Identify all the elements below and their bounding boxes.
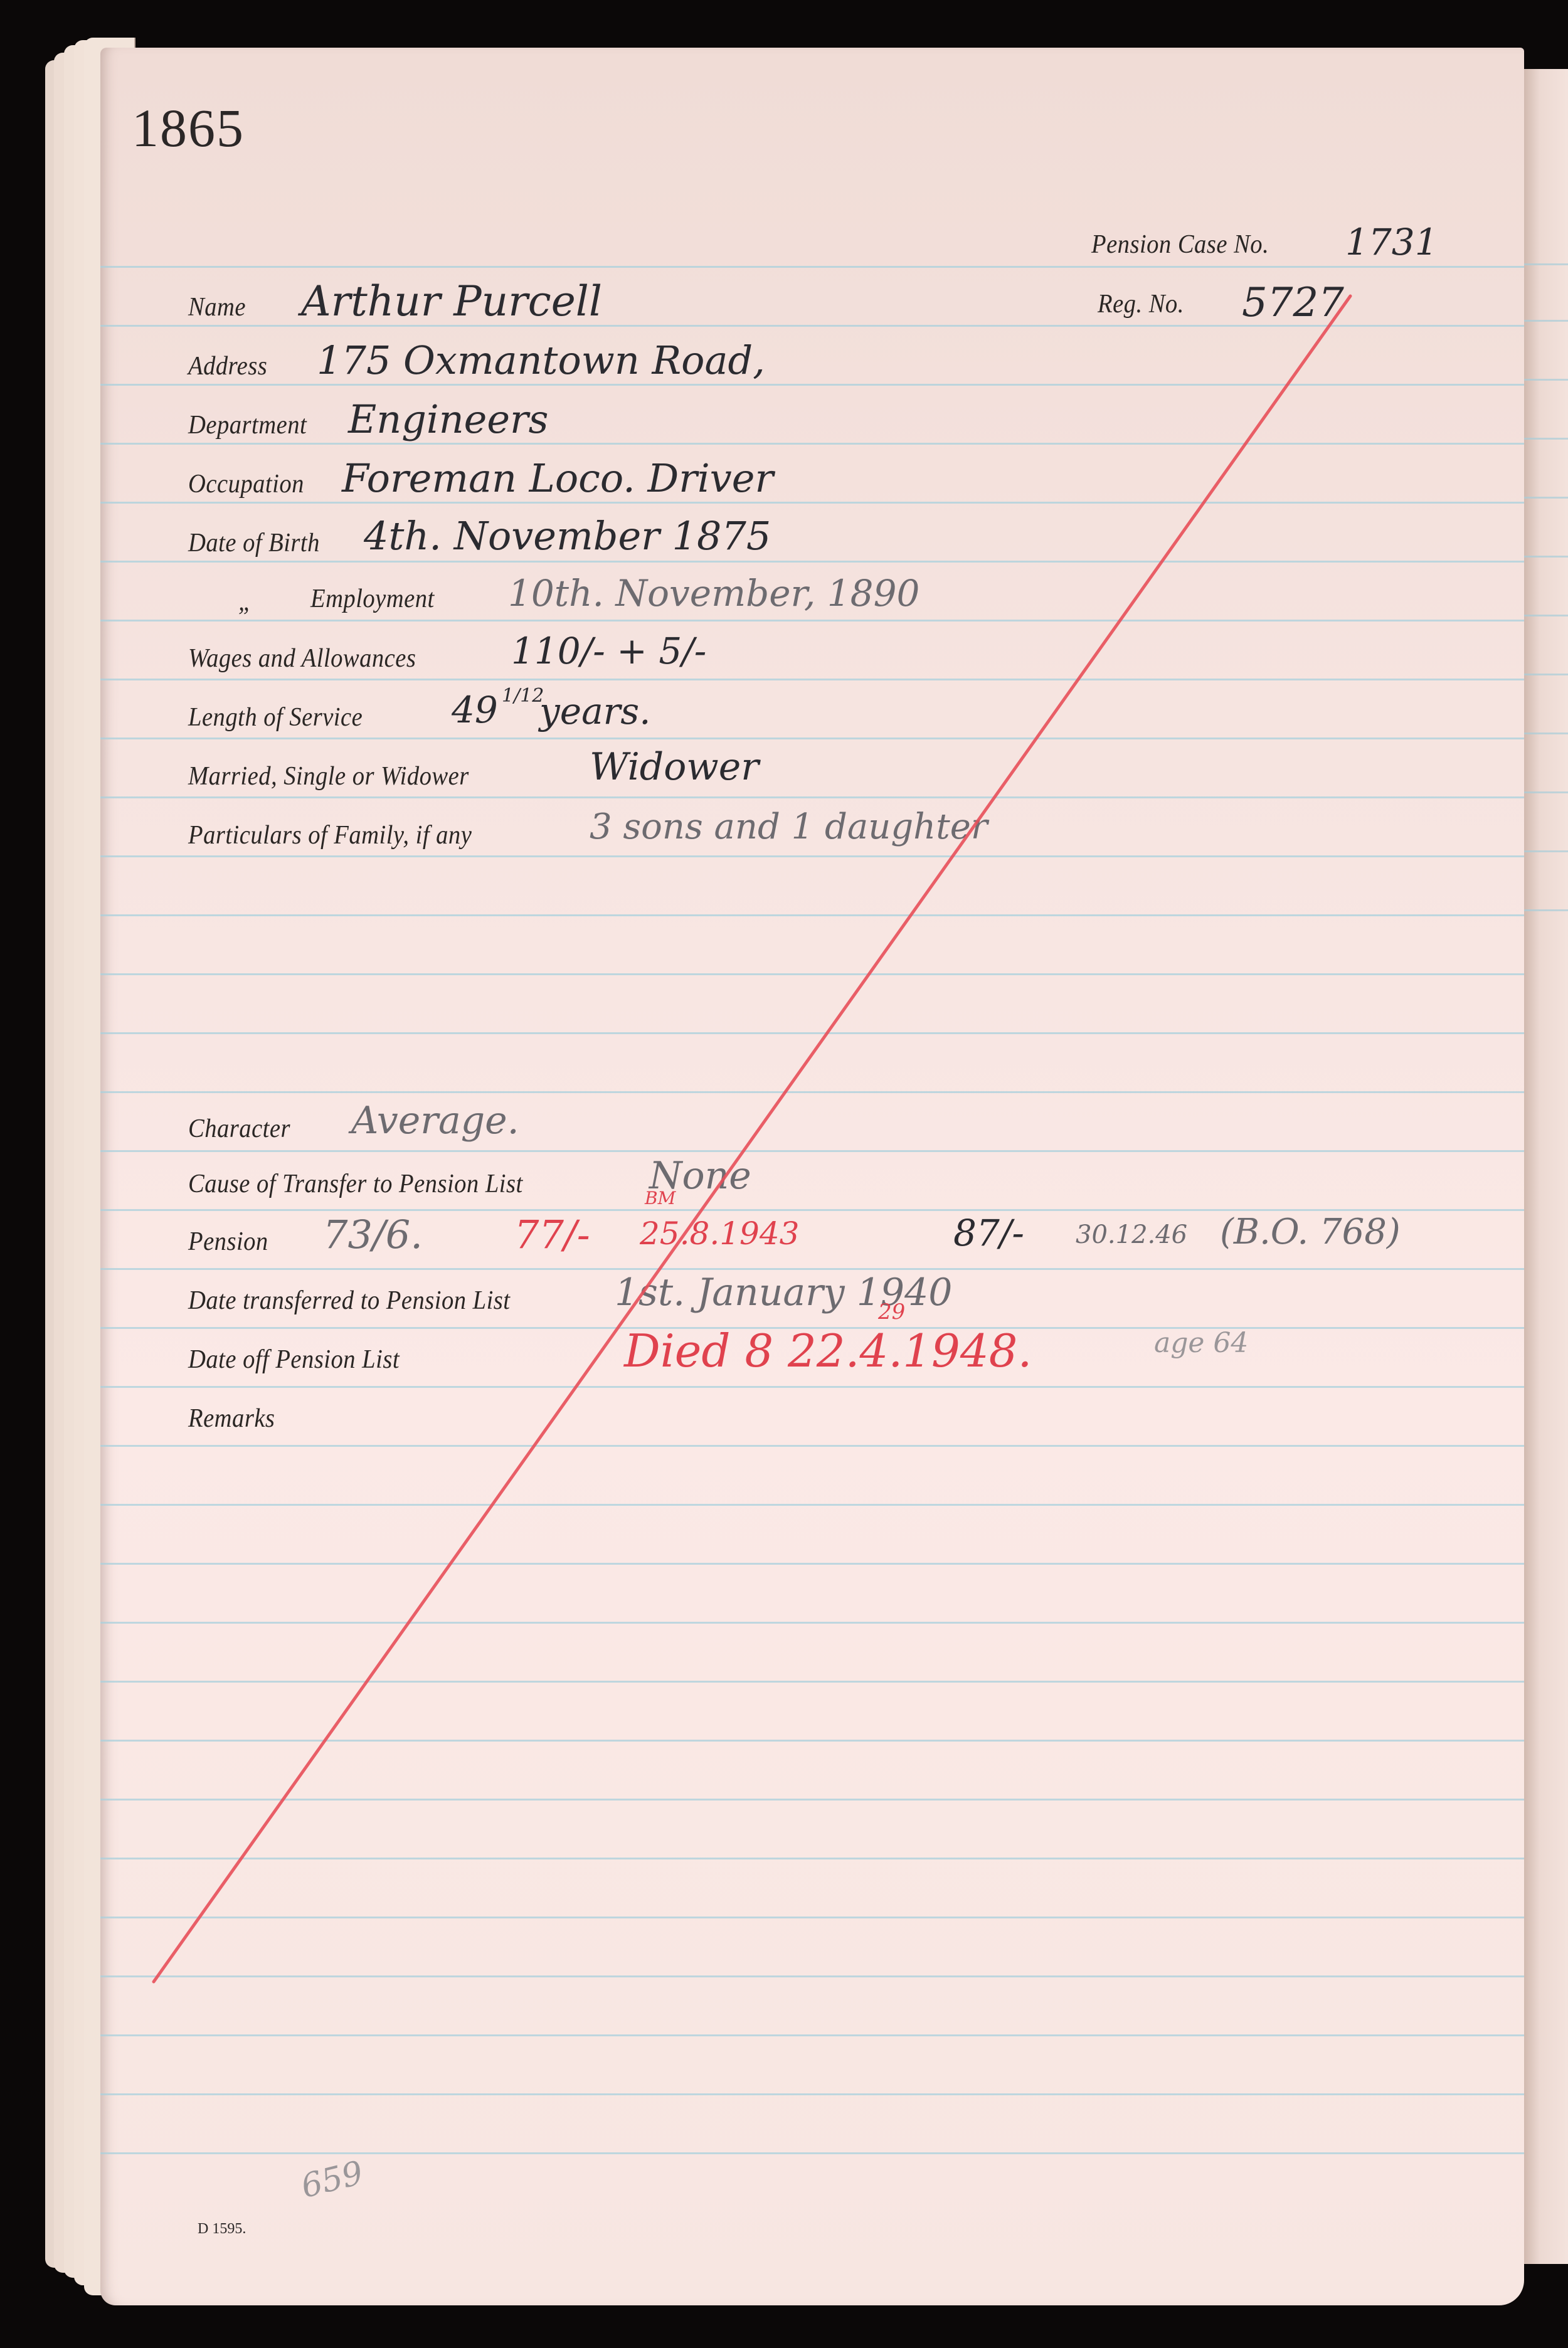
name-label: Name (188, 292, 246, 322)
department-label: Department (188, 410, 307, 440)
pension-revision-1-annotation: BM (645, 1188, 675, 1208)
service-fraction: 1/12 (502, 685, 544, 707)
service-whole: 49 (452, 689, 498, 731)
family-value: 3 sons and 1 daughter (590, 806, 988, 847)
pension-revision-2-date: 30.12.46 (1076, 1220, 1187, 1249)
pension-revision-1-date: 25.8.1943 (640, 1215, 799, 1252)
date-transferred-label: Date transferred to Pension List (188, 1286, 510, 1316)
wages-label: Wages and Allowances (188, 643, 416, 674)
reg-no-value: 5727 (1242, 280, 1344, 326)
remarks-label: Remarks (188, 1404, 275, 1434)
pension-original: 73/6. (323, 1212, 423, 1257)
facing-page-edge (1518, 69, 1568, 2264)
reg-no-label: Reg. No. (1098, 289, 1184, 319)
service-label: Length of Service (188, 702, 363, 732)
family-label: Particulars of Family, if any (188, 820, 472, 850)
employment-label: Employment (310, 584, 435, 614)
character-value: Average. (351, 1099, 519, 1143)
date-off-label: Date off Pension List (188, 1345, 400, 1375)
character-label: Character (188, 1114, 290, 1144)
ledger-page: 1865 Pension Case No. 1731 Reg. No. 5727… (100, 48, 1524, 2305)
ledger-scene: 1865 Pension Case No. 1731 Reg. No. 5727… (0, 0, 1568, 2348)
folio-number: 1865 (132, 97, 245, 159)
date-off-correction: 29 (878, 1299, 905, 1325)
pension-case-label: Pension Case No. (1091, 230, 1269, 260)
dob-label: Date of Birth (188, 528, 320, 558)
ditto-mark: „ (238, 587, 252, 617)
occupation-label: Occupation (188, 469, 304, 499)
occupation-value: Foreman Loco. Driver (342, 455, 773, 501)
department-value: Engineers (348, 396, 548, 442)
form-code: D 1595. (198, 2221, 246, 2238)
pension-revision-2-ref: (B.O. 768) (1220, 1212, 1401, 1252)
age-note: age 64 (1154, 1327, 1248, 1359)
pension-revision-1-amount: 77/- (514, 1212, 590, 1257)
marital-label: Married, Single or Widower (188, 761, 469, 791)
marital-value: Widower (590, 745, 759, 789)
address-label: Address (188, 351, 267, 381)
service-unit: years. (539, 690, 651, 732)
employment-value: 10th. November, 1890 (508, 572, 919, 615)
date-off-value: Died 8 22.4.1948. (624, 1325, 1032, 1377)
pencil-page-number: 659 (297, 2154, 367, 2206)
pension-case-value: 1731 (1345, 221, 1438, 263)
pension-revision-2-amount: 87/- (953, 1212, 1024, 1254)
pension-label: Pension (188, 1227, 268, 1257)
dob-value: 4th. November 1875 (364, 513, 771, 559)
cause-transfer-label: Cause of Transfer to Pension List (188, 1169, 523, 1199)
name-value: Arthur Purcell (301, 277, 602, 325)
wages-value: 110/- + 5/- (511, 630, 706, 672)
address-value: 175 Oxmantown Road, (317, 337, 765, 383)
